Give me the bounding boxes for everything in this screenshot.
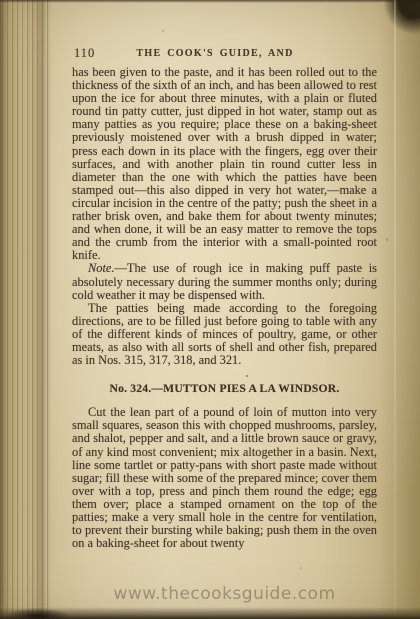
- page-text-block: has been given to the paste, and it has …: [72, 66, 377, 550]
- paper-speck: [300, 567, 302, 569]
- note-label: Note.: [88, 261, 115, 275]
- recipe-heading: No. 324.—MUTTON PIES A LA WINDSOR.: [76, 382, 373, 395]
- top-right-corner-shadow: [384, 0, 420, 34]
- paper-speck: [162, 30, 164, 32]
- note-text: —The use of rough ice in making puff pas…: [72, 261, 377, 301]
- book-page-scan: 110 THE COOK'S GUIDE, AND has been given…: [0, 0, 420, 619]
- paper-speck: [386, 238, 388, 241]
- top-edge-shadow: [0, 0, 420, 3]
- page-header: 110 THE COOK'S GUIDE, AND: [72, 46, 377, 61]
- paragraph-mutton-pies-recipe: Cut the lean part of a pound of loin of …: [72, 406, 377, 550]
- paragraph-patties-filling: The patties being made according to the …: [72, 302, 377, 367]
- note-paragraph: Note.—The use of rough ice in making puf…: [72, 262, 377, 301]
- watermark: www.thecooksguide.com: [72, 584, 377, 604]
- right-page-crease: [394, 0, 396, 619]
- page-number: 110: [74, 46, 95, 61]
- book-binding-edge: [0, 0, 52, 619]
- bottom-left-corner-shadow: [6, 608, 70, 619]
- paragraph-puff-paste-continuation: has been given to the paste, and it has …: [72, 66, 377, 262]
- paper-speck: [246, 375, 248, 377]
- running-title: THE COOK'S GUIDE, AND: [136, 48, 293, 59]
